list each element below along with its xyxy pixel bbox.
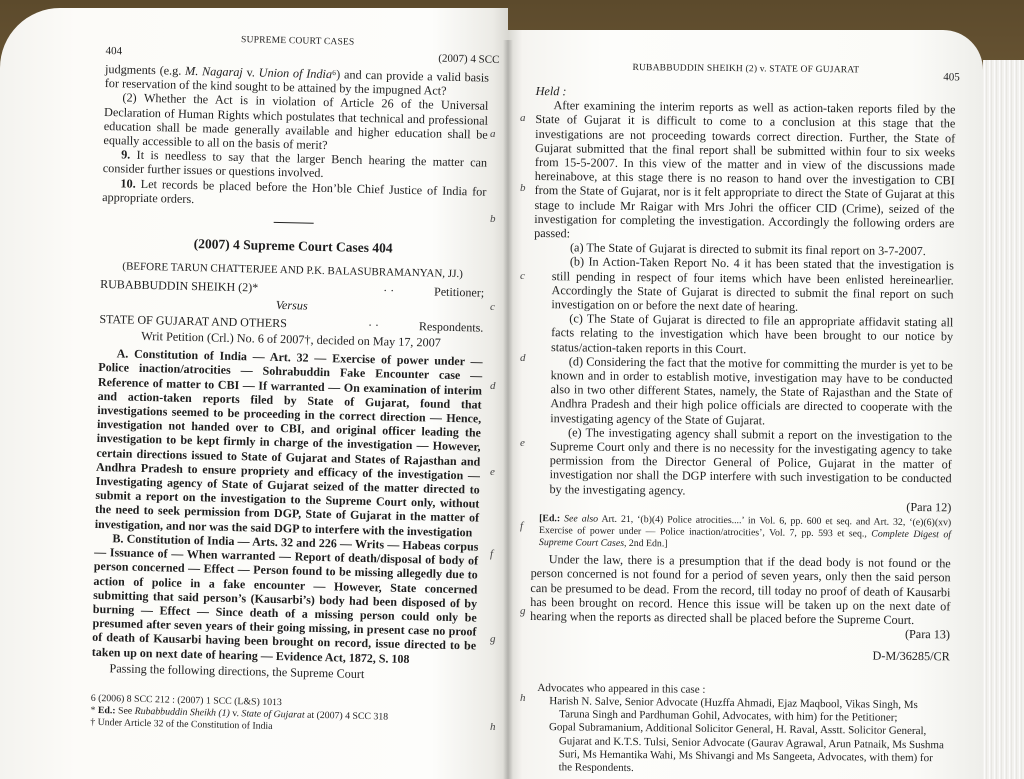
order-item: (b) In Action-Taken Report No. 4 it has …: [533, 254, 954, 315]
book-gutter: [503, 40, 513, 779]
text-run: , 2nd Edn.]: [624, 538, 668, 549]
running-head-text: SUPREME COURT CASES: [241, 35, 355, 48]
headnote-b: B. Constitution of India — Arts. 32 and …: [92, 531, 479, 668]
left-page-content: SUPREME COURT CASES 404 (2007) 4 SCC jud…: [90, 30, 490, 737]
section-rule: [274, 222, 314, 224]
margin-letter: g: [490, 633, 496, 645]
text-run: at (2007) 4 SCC 318: [304, 710, 388, 723]
margin-letter: b: [490, 213, 496, 225]
petitioner-role: Petitioner;: [434, 285, 484, 300]
text-run: Union of India: [259, 65, 333, 81]
order-text: In Action-Taken Report No. 4 it has been…: [551, 255, 954, 314]
advocate-entry: Gopal Subramanium, Additional Solicitor …: [529, 721, 950, 779]
margin-letter: d: [490, 380, 496, 392]
held-paragraph: After examining the interim reports as w…: [534, 98, 955, 244]
margin-letter: e: [490, 466, 495, 478]
text-run: Rubabbuddin Sheikh (1): [135, 706, 230, 719]
order-item: (c) The State of Gujarat is directed to …: [533, 311, 953, 358]
order-text: The State of Gujarat is directed to file…: [551, 312, 953, 356]
text-run: Ed.:: [98, 705, 116, 716]
margin-letter: b: [520, 182, 526, 194]
editor-note: [Ed.: See also Art. 21, ‘(b)(4) Police a…: [531, 513, 951, 553]
margin-letter: a: [520, 112, 526, 124]
margin-letter: a: [490, 128, 496, 140]
text-run: judgments (e.g.: [105, 62, 185, 78]
order-label: (b): [570, 255, 584, 269]
order-label: (a): [570, 241, 584, 255]
text-run: M. Nagaraj: [185, 64, 243, 79]
margin-letter: c: [520, 270, 525, 282]
advocates-section: Advocates who appeared in this case : Ha…: [529, 681, 950, 778]
order-text: The investigating agency shall submit a …: [549, 425, 952, 497]
advocate-list: Harish N. Salve, Senior Advocate (Huzffa…: [529, 695, 950, 779]
margin-letter: f: [490, 548, 493, 560]
text-run: See also: [564, 513, 598, 524]
citation-header: (2007) 4 SCC: [438, 52, 499, 68]
para-12-ref: (Para 12): [531, 496, 951, 515]
margin-letter: c: [490, 301, 495, 313]
presumption-paragraph: Under the law, there is a presumption th…: [530, 552, 951, 627]
order-text: Considering the fact that the motive for…: [550, 354, 953, 427]
running-head-text: RUBABBUDDIN SHEIKH (2) v. STATE OF GUJAR…: [632, 63, 859, 75]
petitioner-name: RUBABBUDDIN SHEIKH (2)*: [100, 277, 258, 295]
respondent-name: STATE OF GUJARAT AND OTHERS: [99, 312, 287, 330]
continuation-paragraphs: judgments (e.g. M. Nagaraj v. Union of I…: [102, 62, 489, 213]
text-run: State of Gujarat: [241, 708, 304, 720]
order-label: (d): [569, 354, 583, 368]
page-number-left: 404: [105, 44, 122, 59]
margin-letter: f: [520, 520, 523, 532]
order-item: (d) Considering the fact that the motive…: [532, 354, 953, 429]
text-run: 10.: [120, 176, 136, 190]
orders-list: (a) The State of Gujarat is directed to …: [531, 240, 954, 500]
headnote-a: A. Constitution of India — Art. 32 — Exe…: [95, 346, 483, 539]
case-title: (2007) 4 Supreme Court Cases 404: [101, 235, 485, 258]
body-paragraph: (2) Whether the Act is in violation of A…: [103, 90, 488, 156]
order-item: (e) The investigating agency shall submi…: [531, 425, 952, 500]
respondent-dots: · ·: [287, 316, 419, 333]
page-number-right: 405: [943, 70, 960, 84]
text-run: v.: [230, 708, 242, 719]
right-page-content: RUBABBUDDIN SHEIKH (2) v. STATE OF GUJAR…: [529, 60, 956, 779]
document-id: D-M/36285/CR: [530, 645, 950, 664]
text-run: (2) Whether the Act is in violation of A…: [103, 91, 488, 152]
margin-letter: h: [520, 692, 526, 704]
text-run: v.: [243, 65, 259, 79]
order-label: (e): [568, 425, 582, 439]
order-label: (c): [569, 312, 583, 326]
text-run: See: [115, 705, 134, 716]
respondent-role: Respondents.: [419, 319, 484, 335]
margin-letter: h: [490, 721, 496, 733]
petitioner-dots: · ·: [258, 281, 434, 299]
margin-letter: e: [520, 437, 525, 449]
text-run: [Ed.:: [539, 513, 560, 524]
margin-letter: d: [520, 352, 526, 364]
page-edges: [983, 60, 1024, 779]
margin-letter: g: [520, 605, 526, 617]
